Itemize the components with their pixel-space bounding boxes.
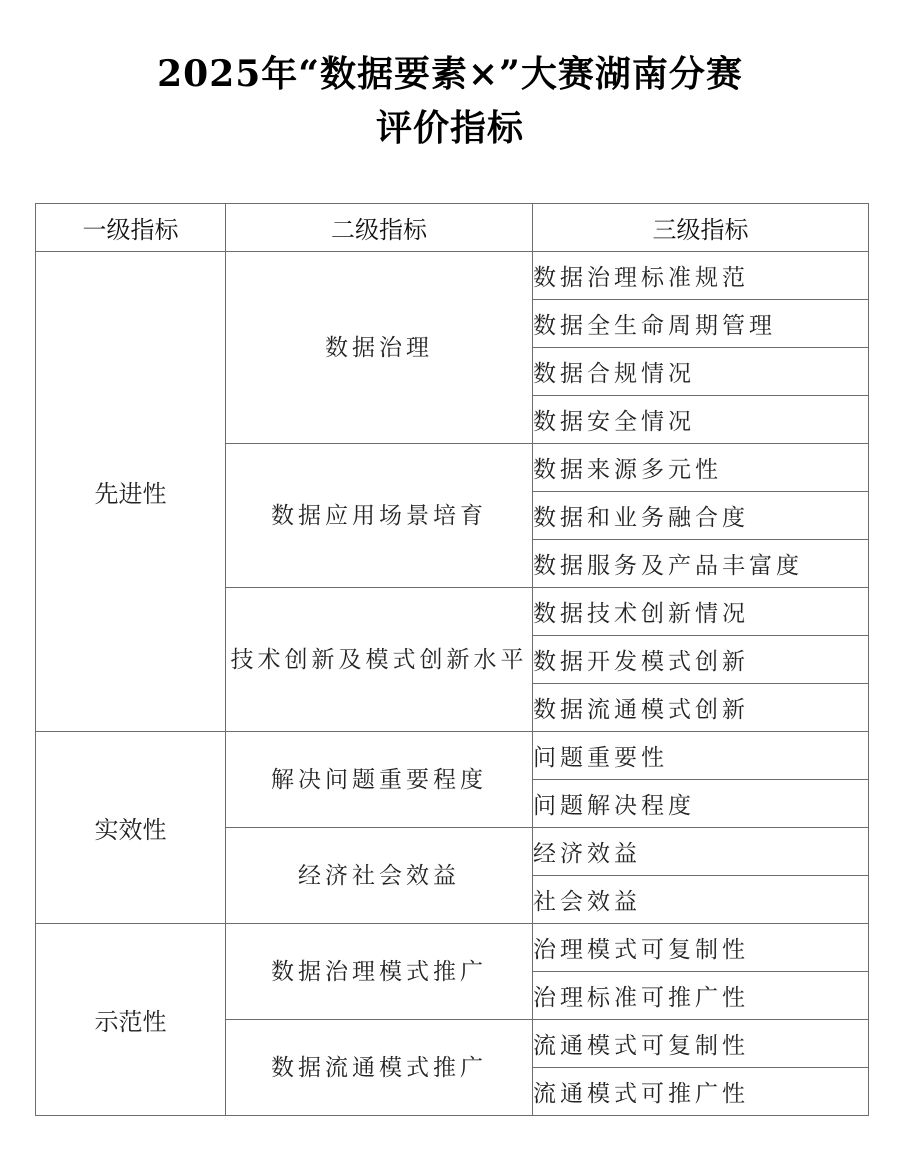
level3-cell: 数据和业务融合度	[533, 492, 869, 540]
level1-cell: 示范性	[36, 924, 226, 1116]
level1-cell: 实效性	[36, 732, 226, 924]
table-row: 先进性 数据治理 数据治理标准规范	[36, 252, 869, 300]
evaluation-indicator-table: 一级指标 二级指标 三级指标 先进性 数据治理 数据治理标准规范 数据全生命周期…	[35, 203, 869, 1116]
level3-cell: 数据服务及产品丰富度	[533, 540, 869, 588]
level3-cell: 数据来源多元性	[533, 444, 869, 492]
level2-cell: 数据治理模式推广	[226, 924, 533, 1020]
level2-cell: 技术创新及模式创新水平	[226, 588, 533, 732]
header-level1: 一级指标	[36, 204, 226, 252]
document-title-line2: 评价指标	[0, 100, 900, 151]
level3-cell: 流通模式可复制性	[533, 1020, 869, 1068]
level3-cell: 流通模式可推广性	[533, 1068, 869, 1116]
header-level2: 二级指标	[226, 204, 533, 252]
level3-cell: 数据安全情况	[533, 396, 869, 444]
level3-cell: 数据合规情况	[533, 348, 869, 396]
level3-cell: 数据技术创新情况	[533, 588, 869, 636]
level2-cell: 数据治理	[226, 252, 533, 444]
level3-cell: 治理模式可复制性	[533, 924, 869, 972]
table-row: 示范性 数据治理模式推广 治理模式可复制性	[36, 924, 869, 972]
level3-cell: 问题重要性	[533, 732, 869, 780]
level1-cell: 先进性	[36, 252, 226, 732]
level3-cell: 数据全生命周期管理	[533, 300, 869, 348]
level3-cell: 社会效益	[533, 876, 869, 924]
level3-cell: 数据开发模式创新	[533, 636, 869, 684]
level2-cell: 经济社会效益	[226, 828, 533, 924]
table-row: 实效性 解决问题重要程度 问题重要性	[36, 732, 869, 780]
level3-cell: 数据流通模式创新	[533, 684, 869, 732]
level3-cell: 经济效益	[533, 828, 869, 876]
table-header-row: 一级指标 二级指标 三级指标	[36, 204, 869, 252]
level2-cell: 数据流通模式推广	[226, 1020, 533, 1116]
level2-cell: 解决问题重要程度	[226, 732, 533, 828]
level3-cell: 数据治理标准规范	[533, 252, 869, 300]
header-level3: 三级指标	[533, 204, 869, 252]
level2-cell: 数据应用场景培育	[226, 444, 533, 588]
level3-cell: 问题解决程度	[533, 780, 869, 828]
level3-cell: 治理标准可推广性	[533, 972, 869, 1020]
document-title-line1: 2025年“数据要素×”大赛湖南分赛	[0, 46, 900, 97]
